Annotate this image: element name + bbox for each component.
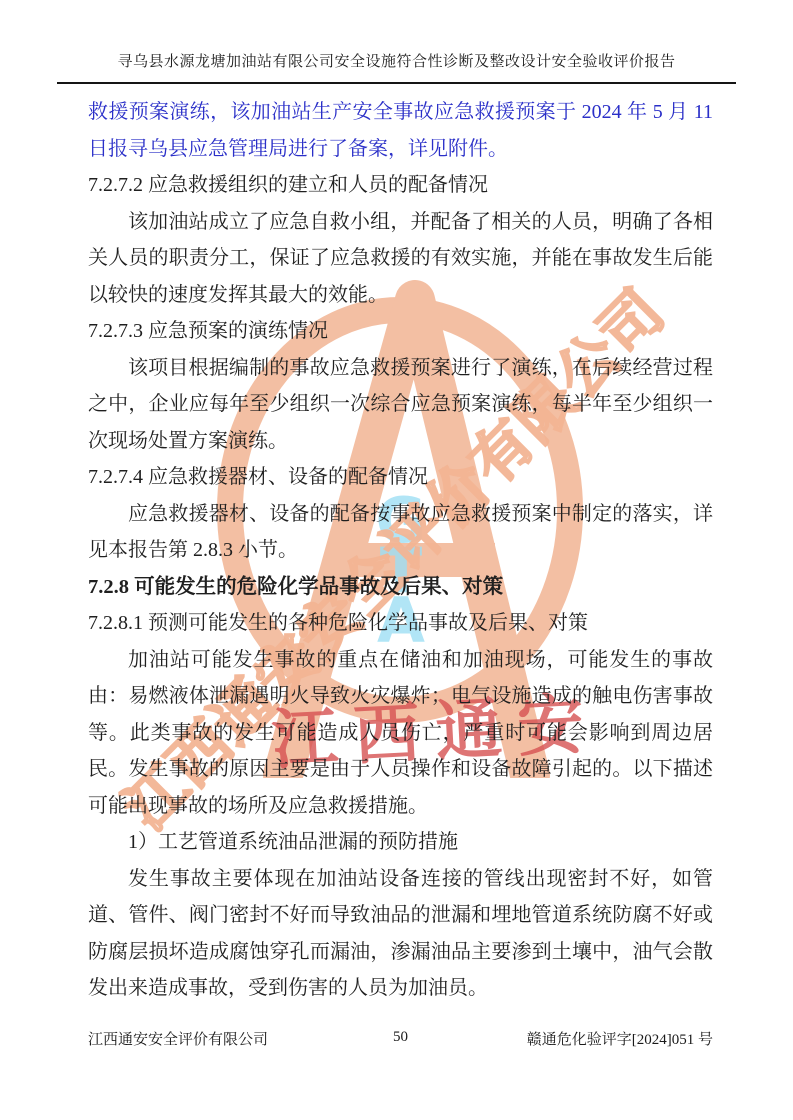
header-divider bbox=[57, 82, 736, 84]
footer-document-number: 赣通危化验评字[2024]051 号 bbox=[527, 1028, 713, 1049]
list-item-pipeline-leak-prevention: 1）工艺管道系统油品泄漏的预防措施 bbox=[88, 824, 713, 861]
paragraph-equipment-allocation: 应急救援器材、设备的配备按事故应急救援预案中制定的落实，详见本报告第 2.8.3… bbox=[88, 496, 713, 569]
heading-7-2-7-2: 7.2.7.2 应急救援组织的建立和人员的配备情况 bbox=[88, 167, 713, 204]
heading-7-2-8: 7.2.8 可能发生的危险化学品事故及后果、对策 bbox=[88, 569, 713, 606]
heading-7-2-7-3: 7.2.7.3 应急预案的演练情况 bbox=[88, 313, 713, 350]
paragraph-accident-prediction: 加油站可能发生事故的重点在储油和加油现场，可能发生的事故由：易燃液体泄漏遇明火导… bbox=[88, 642, 713, 825]
document-page: GTA 江西通安安全评价有限公司 江西通安 寻乌县水源龙塘加油站有限公司安全设施… bbox=[0, 0, 793, 1120]
paragraph-leak-description: 发生事故主要体现在加油站设备连接的管线出现密封不好，如管道、管件、阀门密封不好而… bbox=[88, 861, 713, 1007]
heading-7-2-7-4: 7.2.7.4 应急救援器材、设备的配备情况 bbox=[88, 459, 713, 496]
paragraph-drill-status: 该项目根据编制的事故应急救援预案进行了演练，在后续经营过程之中，企业应每年至少组… bbox=[88, 350, 713, 460]
paragraph-rescue-organization: 该加油站成立了应急自救小组，并配备了相关的人员，明确了各相关人员的职责分工，保证… bbox=[88, 204, 713, 314]
heading-7-2-8-1: 7.2.8.1 预测可能发生的各种危险化学品事故及后果、对策 bbox=[88, 605, 713, 642]
footer-page-number: 50 bbox=[393, 1029, 408, 1046]
page-header-title: 寻乌县水源龙塘加油站有限公司安全设施符合性诊断及整改设计安全验收评价报告 bbox=[57, 50, 736, 71]
footer-company-name: 江西通安安全评价有限公司 bbox=[88, 1028, 268, 1049]
paragraph-emergency-plan-filing: 救援预案演练，该加油站生产安全事故应急救援预案于 2024 年 5 月 11 日… bbox=[88, 94, 713, 167]
document-body: 救援预案演练，该加油站生产安全事故应急救援预案于 2024 年 5 月 11 日… bbox=[88, 94, 713, 1007]
